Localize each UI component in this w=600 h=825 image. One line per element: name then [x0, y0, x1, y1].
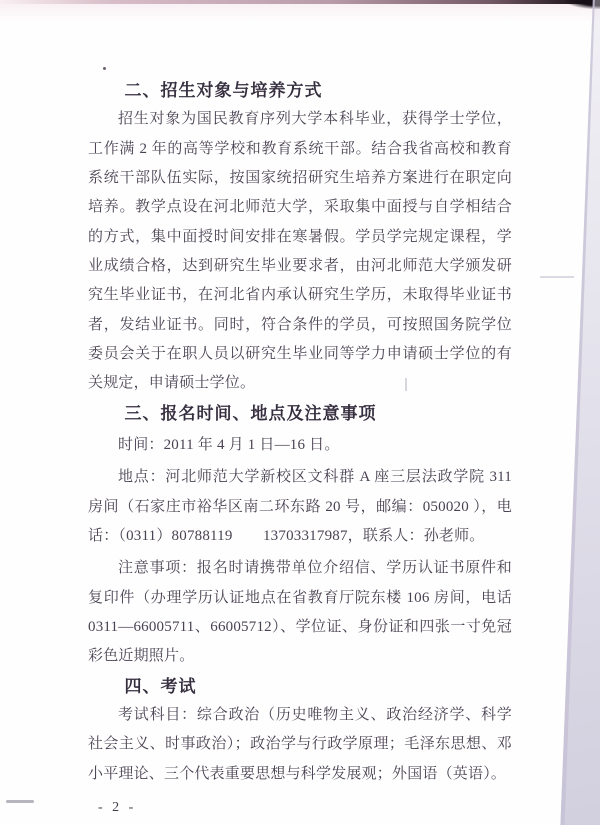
- page-number: - 2 -: [98, 800, 512, 816]
- scan-line-artifact: [540, 276, 574, 278]
- scan-corner-artifact: [566, 0, 600, 9]
- paragraph-enrollment-target: 招生对象为国民教育序列大学本科毕业，获得学士学位，工作满 2 年的高等学校和教育…: [88, 105, 512, 398]
- scan-dash-artifact: [6, 800, 34, 803]
- section-heading-examination: 四、考试: [88, 672, 512, 701]
- paragraph-exam-subjects: 考试科目：综合政治（历史唯物主义、政治经济学、科学社会主义、时事政治）；政治学与…: [88, 701, 512, 789]
- paragraph-registration-location: 地点：河北师范大学新校区文科群 A 座三层法政学院 311 房间（石家庄市裕华区…: [88, 463, 512, 551]
- paragraph-registration-notes: 注意事项：报名时请携带单位介绍信、学历认证书原件和复印件（办理学历认证地点在省教…: [88, 554, 512, 671]
- scan-top-edge-line: [0, 0, 600, 4]
- section-heading-registration-info: 三、报名时间、地点及注意事项: [88, 399, 512, 428]
- paragraph-registration-time: 时间：2011 年 4 月 1 日—16 日。: [88, 431, 512, 460]
- document-text-block: 二、招生对象与培养方式 招生对象为国民教育序列大学本科毕业，获得学士学位，工作满…: [88, 76, 512, 816]
- scanned-document-page: 二、招生对象与培养方式 招生对象为国民教育序列大学本科毕业，获得学士学位，工作满…: [0, 0, 600, 825]
- scan-speck-artifact: [103, 67, 106, 70]
- section-heading-enrollment-target: 二、招生对象与培养方式: [88, 76, 512, 105]
